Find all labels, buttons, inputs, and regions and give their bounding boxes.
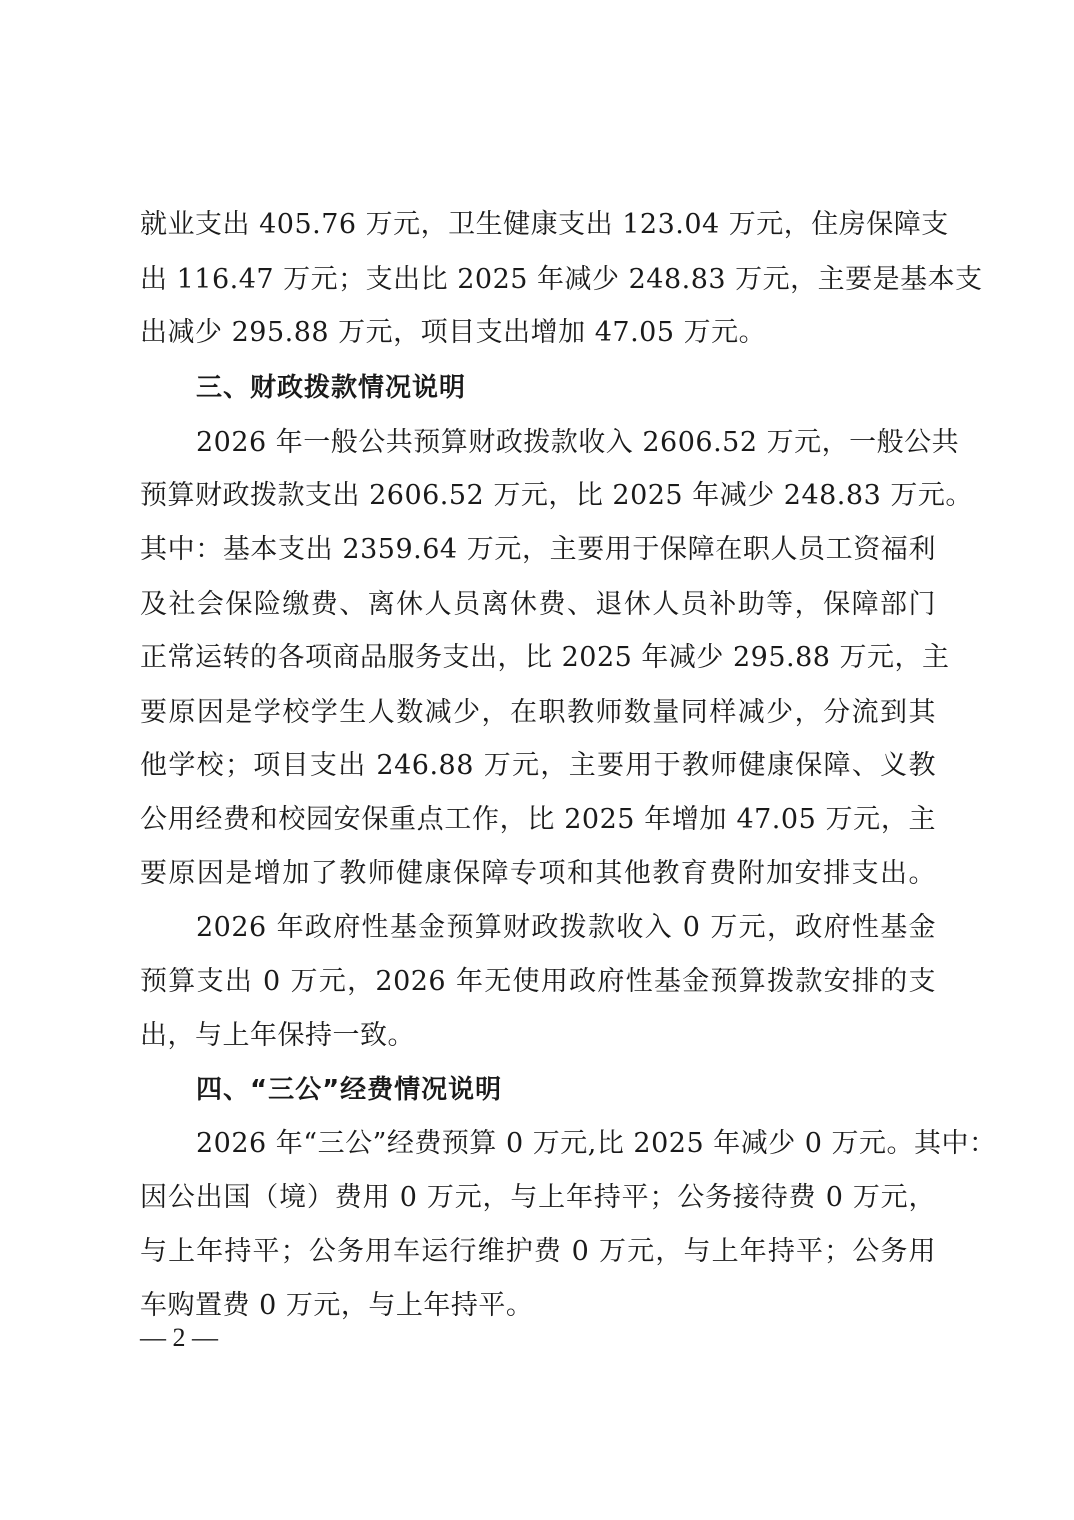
body-text-line: 出，与上年保持一致。 <box>140 1016 940 1056</box>
body-text-line: 出 116.47 万元；支出比 2025 年减少 248.83 万元，主要是基本… <box>140 260 936 300</box>
body-text-line: 与上年持平；公务用车运行维护费 0 万元，与上年持平；公务用 <box>140 1232 936 1272</box>
body-text-line: 要原因是学校学生人数减少，在职教师数量同样减少，分流到其 <box>140 693 936 733</box>
body-text-line: 就业支出 405.76 万元，卫生健康支出 123.04 万元，住房保障支 <box>140 205 936 245</box>
body-text-line: 2026 年政府性基金预算财政拨款收入 0 万元，政府性基金 <box>196 908 936 948</box>
body-text-line: 预算财政拨款支出 2606.52 万元，比 2025 年减少 248.83 万元… <box>140 476 936 516</box>
body-text-line: 要原因是增加了教师健康保障专项和其他教育费附加安排支出。 <box>140 854 936 894</box>
section-heading-three-public-expenses: 四、“三公”经费情况说明 <box>196 1070 940 1110</box>
body-text-line: 2026 年一般公共预算财政拨款收入 2606.52 万元，一般公共 <box>196 423 936 463</box>
body-text-line: 其中：基本支出 2359.64 万元，主要用于保障在职人员工资福利 <box>140 530 936 570</box>
body-text-line: 他学校；项目支出 246.88 万元，主要用于教师健康保障、义教 <box>140 746 936 786</box>
document-page: 就业支出 405.76 万元，卫生健康支出 123.04 万元，住房保障支 出 … <box>0 0 1074 1520</box>
page-number: — 2 — <box>140 1318 218 1358</box>
body-text-line: 正常运转的各项商品服务支出，比 2025 年减少 295.88 万元，主 <box>140 638 936 678</box>
body-text-line: 车购置费 0 万元，与上年持平。 <box>140 1286 940 1326</box>
section-heading-fiscal-appropriation: 三、财政拨款情况说明 <box>196 368 940 408</box>
body-text-line: 及社会保险缴费、离休人员离休费、退休人员补助等，保障部门 <box>140 585 936 625</box>
body-text-line: 公用经费和校园安保重点工作，比 2025 年增加 47.05 万元，主 <box>140 800 936 840</box>
body-text-line: 出减少 295.88 万元，项目支出增加 47.05 万元。 <box>140 313 940 353</box>
body-text-line: 因公出国（境）费用 0 万元，与上年持平；公务接待费 0 万元， <box>140 1178 936 1218</box>
body-text-line: 预算支出 0 万元，2026 年无使用政府性基金预算拨款安排的支 <box>140 962 936 1002</box>
body-text-line: 2026 年“三公”经费预算 0 万元,比 2025 年减少 0 万元。其中： <box>196 1124 936 1164</box>
